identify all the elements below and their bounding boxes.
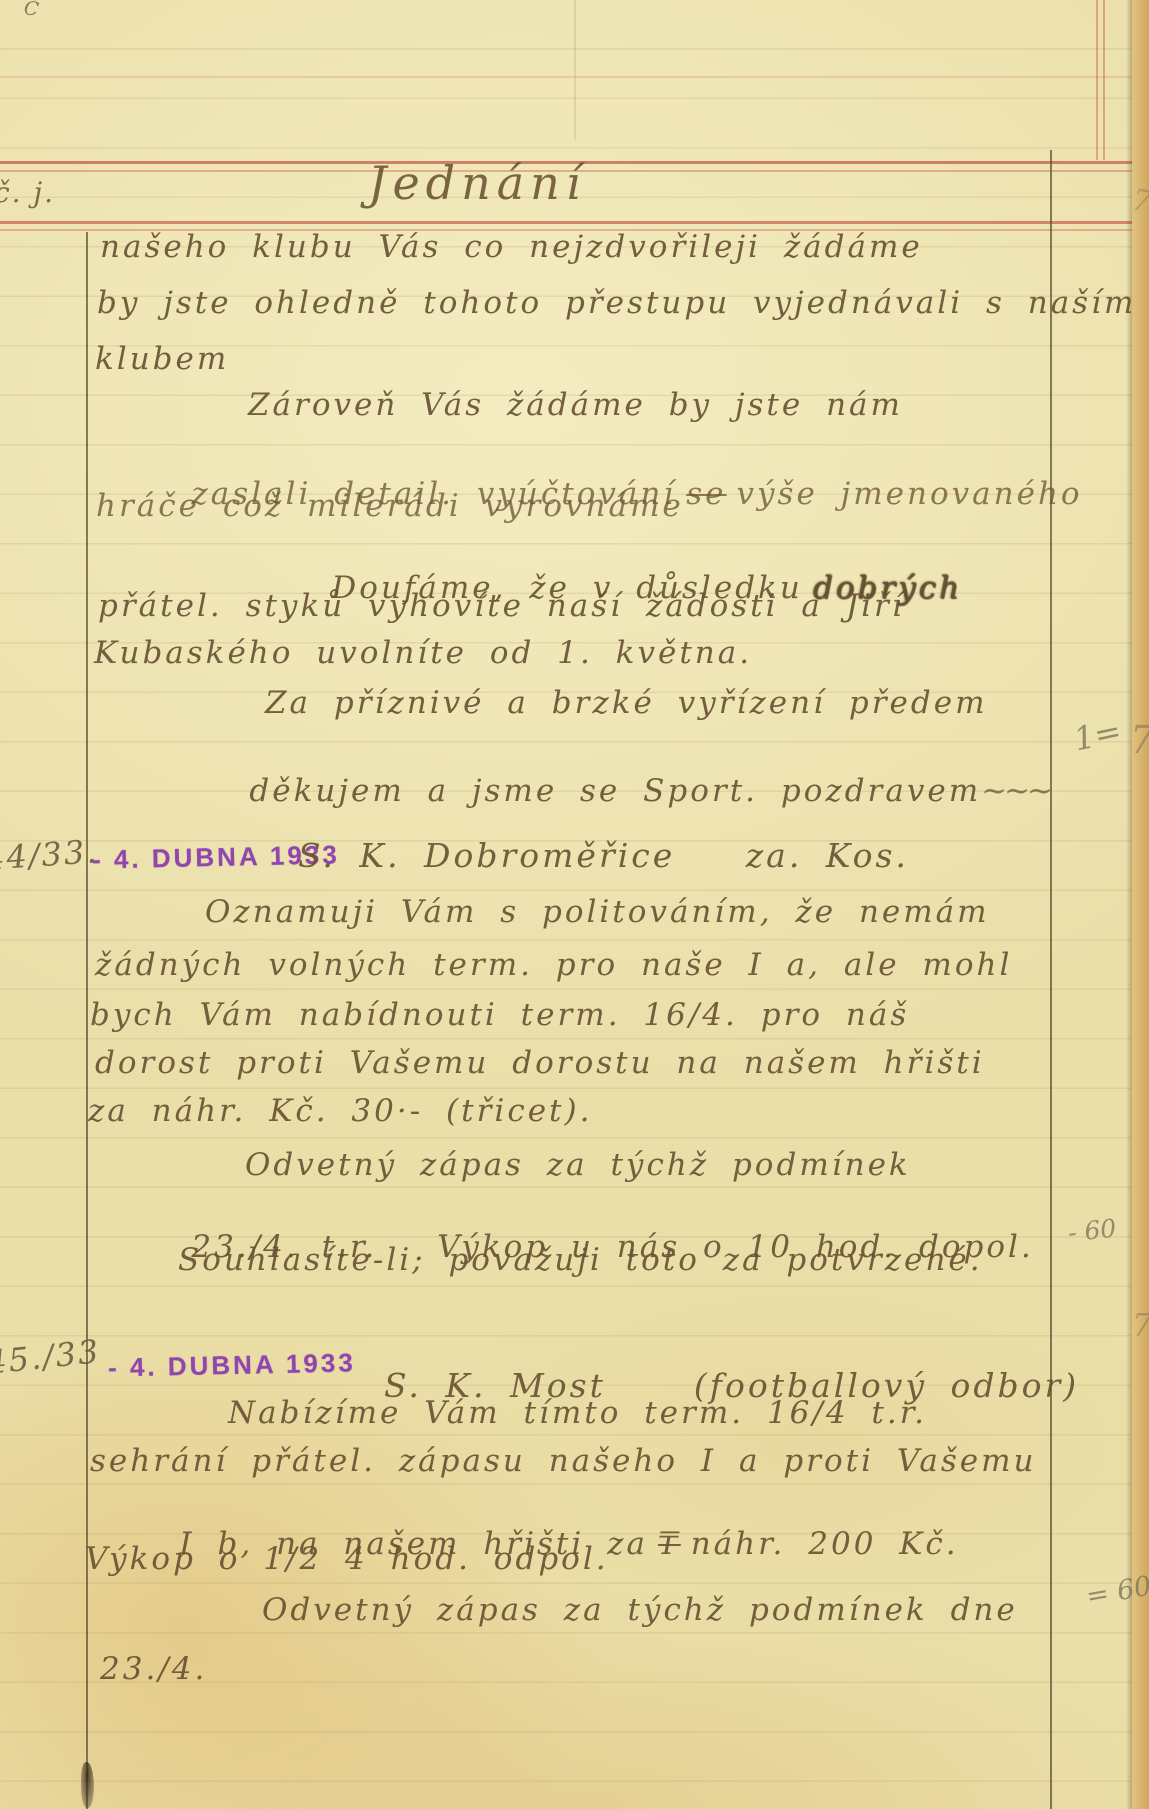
letter-line: hráče což milerádi vyrovnáme [96,489,684,523]
right-margin-rule [1050,150,1052,1809]
line-segment: náhr. 200 Kč. [691,1526,959,1562]
edge-red-rule-2 [1103,0,1105,160]
pencil-check-mark: 1= [1071,712,1125,759]
letter-heading: S. K. Dobroměřice za. Kos. [298,838,909,874]
letter-line: Výkop o 1/2 4 hod. odpol. [85,1542,609,1576]
ledger-page-scan: Č č. j. Jednání našeho klubu Vás co nejz… [0,0,1149,1809]
letter-line: klubem [95,342,229,376]
ref-number-44: 44/33. [0,832,100,878]
letter-line: za náhr. Kč. 30·- (třicet). [88,1094,592,1128]
line-segment: výše jmenovaného [737,476,1083,512]
letter-line: by jste ohledně tohoto přestupu vyjednáv… [97,286,1136,320]
letter-line: Oznamuji Vám s politováním, že nemám [205,895,990,929]
letter-line: Souhlasíte-li; považuji toto za potvrzen… [178,1243,983,1277]
struck-symbol: ₸ [658,1526,681,1562]
letter-line: děkujem a jsme se Sport. pozdravem~~~ [158,740,1050,842]
letter-line: Kubaského uvolníte od 1. května. [94,636,752,670]
ruled-line-red-3 [0,221,1149,224]
letter-line: bych Vám nabídnouti term. 16/4. pro náš [90,998,909,1032]
letter-line: 23./4. [100,1652,207,1686]
letter-line: přátel. styků vyhovíte naší žádosti a Ji… [98,589,905,623]
paper-crease [574,0,576,140]
struck-word: se [686,476,726,512]
edge-red-rule-1 [1096,0,1098,160]
letter-line: dorost proti Vašemu dorostu na našem hři… [95,1046,985,1080]
ref-number-column-label: č. j. [0,176,55,209]
letter-line: Odvetný zápas za týchž podmínek [245,1148,911,1182]
letter-line: Odvetný zápas za týchž podmínek dne [262,1593,1018,1627]
pencil-mark-seven-2: 7 [1132,1306,1149,1344]
pencil-mark-seven-1: 7 [1130,718,1149,762]
letter-line: Nabízíme Vám tímto term. 16/4 t.r. [228,1396,927,1430]
corner-mark: Č [23,0,40,21]
ink-blot [81,1762,94,1808]
letter-line: Zároveň Vás žádáme by jste nám [248,388,903,422]
letter-line: Za příznivé a brzké vyřízení předem [265,686,987,720]
letter-line: sehrání přátel. zápasu našeho I a proti … [90,1444,1037,1478]
next-page-edge [1132,0,1149,1809]
letter-line: našeho klubu Vás co nejzdvořileji žádáme [100,230,923,264]
letter-line: žádných volných term. pro naše I a, ale … [95,948,1012,982]
page-title: Jednání [368,156,587,210]
pen-flourish: ~~~ [981,773,1050,809]
pencil-mark-60-a: - 60 [1067,1214,1118,1248]
line-segment: děkujem a jsme se Sport. pozdravem [249,773,981,809]
